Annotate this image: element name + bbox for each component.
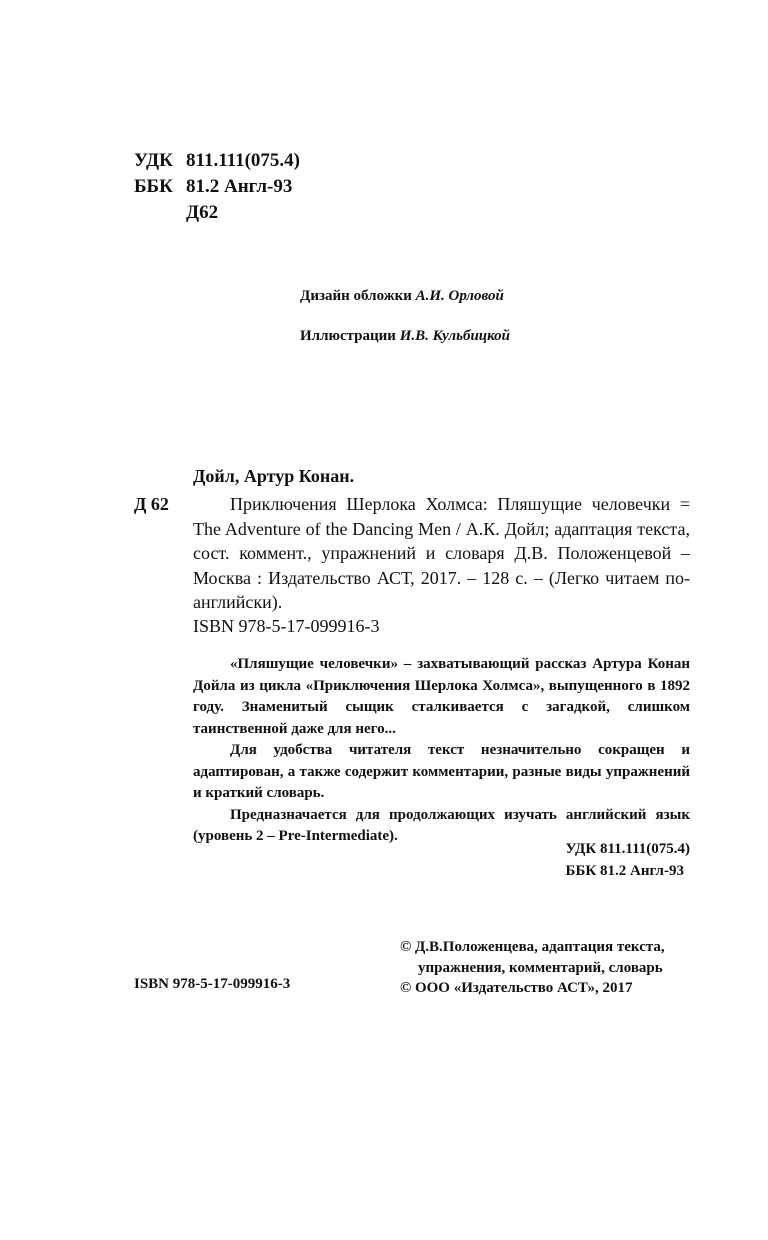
bbk-value: 81.2 Англ-93 [186,176,292,197]
annotation: «Пляшущие человечки» – захватывающий рас… [193,654,690,848]
isbn-record: ISBN 978-5-17-099916-3 [193,616,380,637]
author-heading: Дойл, Артур Конан. [193,466,354,487]
isbn-bottom: ISBN 978-5-17-099916-3 [134,976,290,993]
copyright-block: © Д.В.Положенцева, адаптация текста, упр… [400,937,665,999]
cover-design-label: Дизайн обложки [300,288,412,304]
copyright-line-1: © Д.В.Положенцева, адаптация текста, [400,937,665,958]
annotation-paragraph: Для удобства читателя текст незначительн… [193,740,690,805]
author-mark: Д62 [134,200,300,226]
bottom-bbk: ББК 81.2 Англ-93 [566,860,690,882]
cover-design-name: А.И. Орловой [416,288,504,304]
classification-block: УДК811.111(075.4) ББК81.2 Англ-93 Д62 [134,148,300,226]
copyright-line-2: упражнения, комментарий, словарь [400,958,665,979]
bottom-classification: УДК 811.111(075.4) ББК 81.2 Англ-93 [566,838,690,882]
bbk-label: ББК [134,174,186,200]
cover-design-credit: Дизайн обложки А.И. Орловой [300,288,504,305]
bibliographic-description: Приключения Шерлока Холмса: Пляшущие чел… [193,492,690,615]
udk-line: УДК811.111(075.4) [134,148,300,174]
bbk-line: ББК81.2 Англ-93 [134,174,300,200]
annotation-paragraph: «Пляшущие человечки» – захватывающий рас… [193,654,690,740]
catalog-code: Д 62 [134,494,169,515]
illustrations-name: И.В. Кульбицкой [400,328,510,344]
description-text: Приключения Шерлока Холмса: Пляшущие чел… [193,492,690,615]
illustrations-credit: Иллюстрации И.В. Кульбицкой [300,328,510,345]
udk-label: УДК [134,148,186,174]
udk-value: 811.111(075.4) [186,150,300,171]
copyright-line-3: © ООО «Издательство АСТ», 2017 [400,978,665,999]
illustrations-label: Иллюстрации [300,328,396,344]
bottom-udk: УДК 811.111(075.4) [566,838,690,860]
